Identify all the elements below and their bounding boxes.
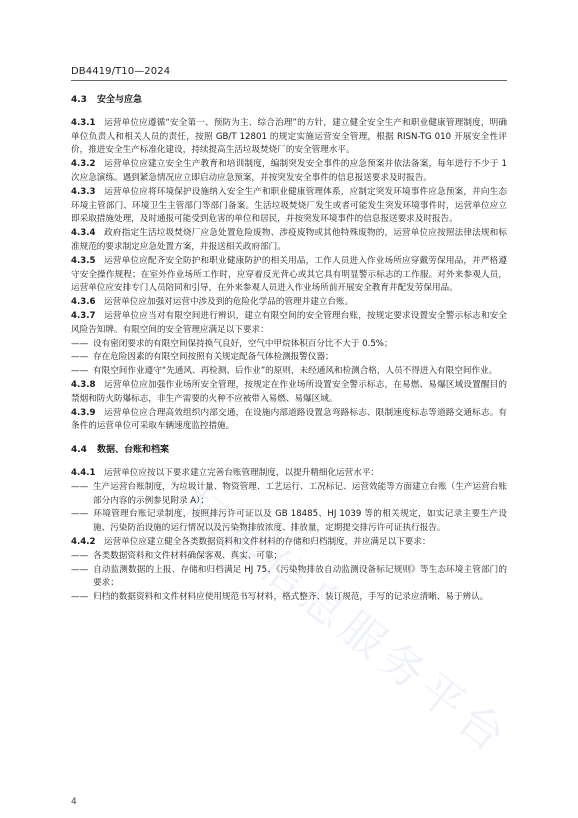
list-item: ——有限空间作业遵守“先通风、再检测、后作业”的原则，未经通风和检测合格，人员不… <box>93 365 507 379</box>
document-body: 4.3安全与应急 4.3.1运营单位应遵循“安全第一、预防为主、综合治理”的方针… <box>71 92 507 605</box>
clause-4-4-1: 4.4.1运营单位应按以下要求建立完善台账管理制度，以提升精细化运营水平： <box>71 467 507 481</box>
clause-4-3-4: 4.3.4政府指定生活垃圾焚烧厂应急处置危险废物、涉疫废物或其他特殊废物的，运营… <box>71 227 507 255</box>
clause-4-3-8: 4.3.8运营单位应加强作业场所安全管理，按规定在作业场所设置安全警示标志，在易… <box>71 379 507 407</box>
list-item: ——各类数据资料和文件材料确保客观、真实、可靠； <box>93 550 507 564</box>
document-code: DB4419/T10—2024 <box>71 66 170 77</box>
list-item: ——归档的数据资料和文件材料应使用规范书写材料，格式整齐、装订规范，手写的记录应… <box>93 591 507 605</box>
clause-4-3-9: 4.3.9运营单位应合理高效组织内部交通，在设施内部道路设置急弯路标志、限制速度… <box>71 407 507 435</box>
clause-4-3-2: 4.3.2运营单位应建立安全生产教育和培训制度，编制突发安全事件的应急预案并依法… <box>71 158 507 186</box>
list-item: ——生产运营台账制度，为垃圾计量、物资管理、工艺运行、工况标记、运营效能等方面建… <box>93 481 507 509</box>
clause-4-3-1: 4.3.1运营单位应遵循“安全第一、预防为主、综合治理”的方针，建立健全安全生产… <box>71 117 507 158</box>
clause-4-4-2: 4.4.2运营单位应建立健全各类数据资料和文件材料的存储和归档制度，并应满足以下… <box>71 536 507 550</box>
document-page: DB4419/T10—2024 标准信息服务平台 4.3安全与应急 4.3.1运… <box>0 0 578 818</box>
header-divider <box>71 80 507 81</box>
page-number: 4 <box>71 797 77 807</box>
clause-4-3-7: 4.3.7运营单位应当对有限空间进行辨识，建立有限空间的安全管理台账，按规定要求… <box>71 310 507 338</box>
section-heading-4-3: 4.3安全与应急 <box>71 94 507 108</box>
clause-4-3-3: 4.3.3运营单位应将环境保护设施纳入安全生产和职业健康管理体系，应制定突发环境… <box>71 186 507 227</box>
list-item: ——设有密闭要求的有限空间保持换气良好，空气中甲烷体积百分比不大于 0.5%； <box>93 338 507 352</box>
section-heading-4-4: 4.4数据、台账和档案 <box>71 444 507 458</box>
list-item: ——环境管理台账记录制度，按照排污许可证以及 GB 18485、HJ 1039 … <box>93 508 507 536</box>
list-item: ——自动监测数据的上报、存储和归档满足 HJ 75、《污染物排放自动监测设备标记… <box>93 564 507 592</box>
clause-4-3-6: 4.3.6运营单位应加强对运营中涉及到的危险化学品的管理并建立台账。 <box>71 296 507 310</box>
spacer <box>71 434 507 442</box>
clause-4-3-5: 4.3.5运营单位应配齐安全防护和职业健康防护的相关用品，工作人员进入作业场所应… <box>71 255 507 296</box>
list-item: ——存在危险因素的有限空间按照有关规定配备气体检测报警仪器； <box>93 351 507 365</box>
